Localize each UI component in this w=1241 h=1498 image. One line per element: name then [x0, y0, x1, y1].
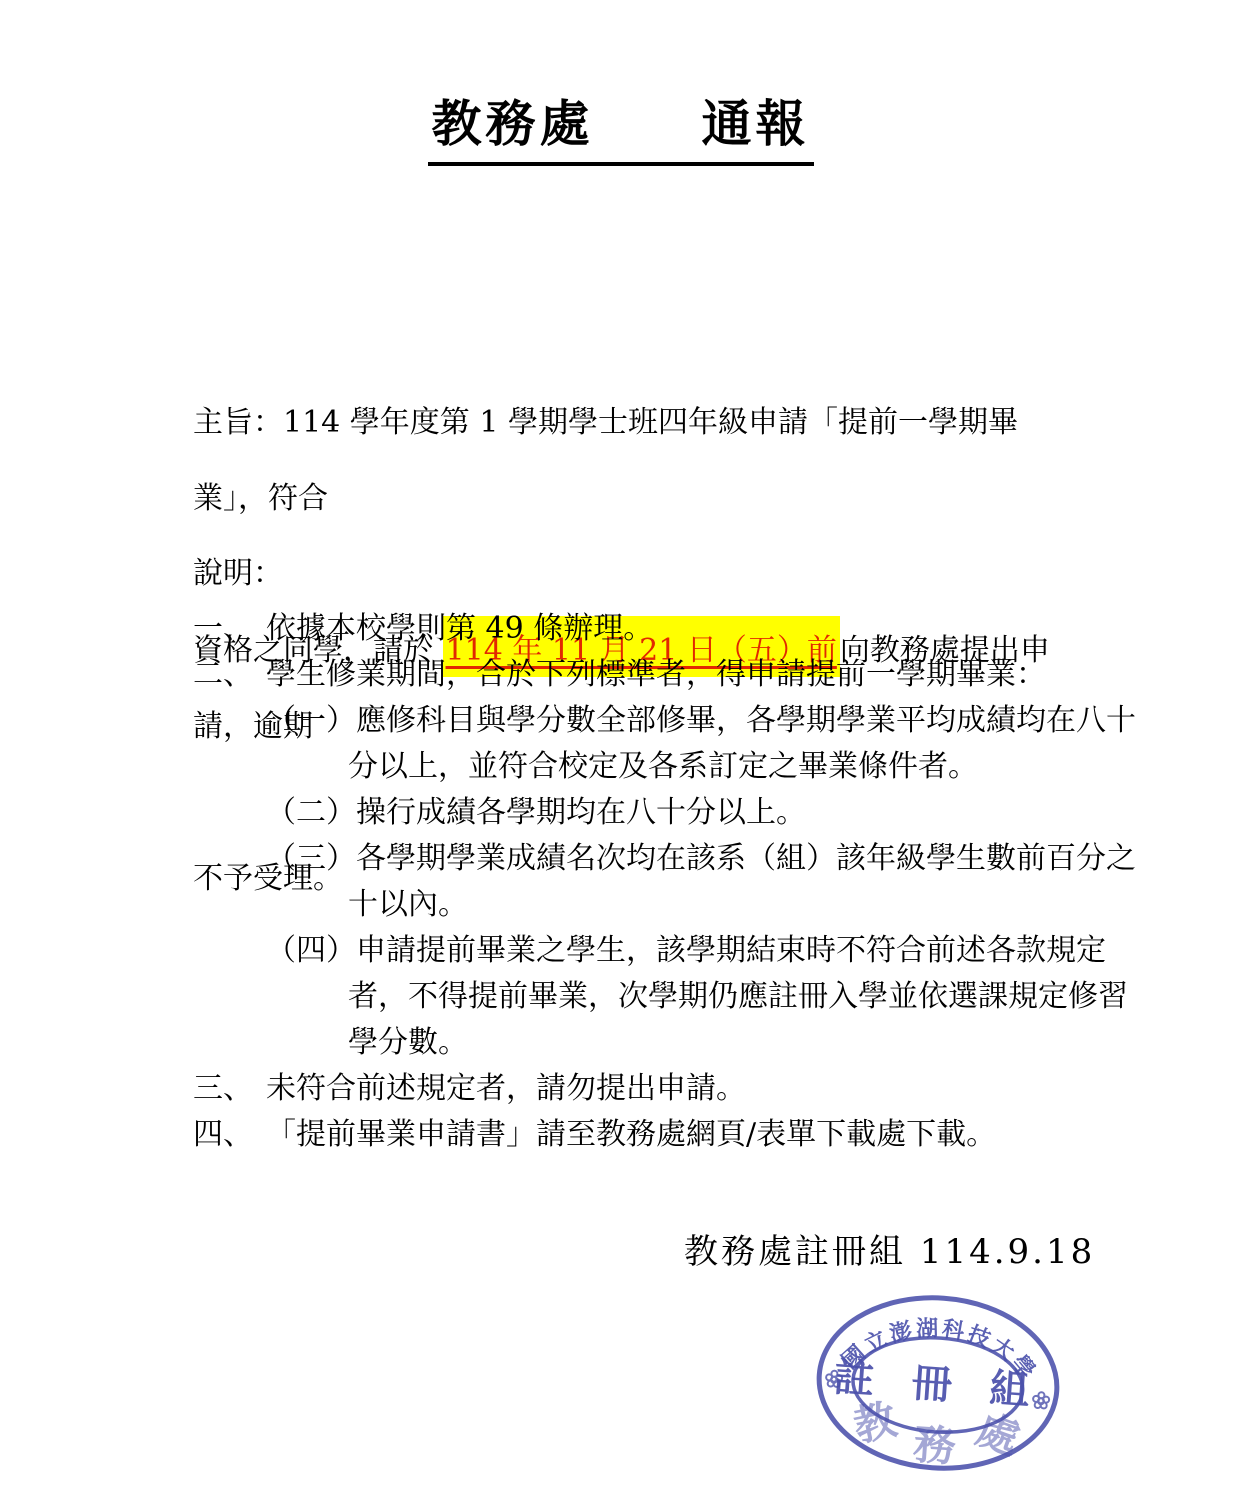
list-item: 四、「提前畢業申請書」請至教務處網頁/表單下載處下載。: [193, 1112, 1073, 1158]
list-item-label: 一、: [193, 606, 266, 652]
list-item: （三）各學期學業成績名次均在該系（組）該年級學生數前百分之: [193, 836, 1073, 882]
subject-line-1: 主旨：114 學年度第 1 學期學士班四年級申請「提前一學期畢業」，符合: [193, 385, 1063, 461]
list-item-text: 操行成績各學期均在八十分以上。: [356, 790, 806, 836]
list-item-text: 學生修業期間，合於下列標準者，得申請提前一學期畢業：: [266, 652, 1046, 698]
list-item-label: （二）: [266, 790, 356, 836]
list-item-text: 依據本校學則第 49 條辦理。: [266, 606, 653, 652]
list-item-label: 三、: [193, 1066, 266, 1112]
explanation-label: 說明：: [193, 548, 283, 592]
explanation-list: 一、依據本校學則第 49 條辦理。 二、學生修業期間，合於下列標準者，得申請提前…: [193, 606, 1073, 1158]
list-item-text: 分以上，並符合校定及各系訂定之畢業條件者。: [348, 744, 978, 790]
signature-line: 教務處註冊組 114.9.18: [684, 1224, 1095, 1273]
title-container: 教務處 通報: [0, 84, 1241, 166]
list-item-continuation: 學分數。: [193, 1020, 1073, 1066]
stamp-graphic: 國立澎湖科技大學 註 冊 組 教 務 處: [806, 1283, 1070, 1482]
list-item-text: 者，不得提前畢業，次學期仍應註冊入學並依選課規定修習: [348, 974, 1128, 1020]
list-item-text: 未符合前述規定者，請勿提出申請。: [266, 1066, 746, 1112]
list-item: 三、未符合前述規定者，請勿提出申請。: [193, 1066, 1073, 1112]
list-item: （二）操行成績各學期均在八十分以上。: [193, 790, 1073, 836]
list-item-text: 十以內。: [348, 882, 468, 928]
list-item-label: （四）: [266, 928, 356, 974]
list-item: 一、依據本校學則第 49 條辦理。: [193, 606, 1073, 652]
office-stamp: 國立澎湖科技大學 註 冊 組 教 務 處: [806, 1283, 1070, 1482]
list-item: 二、學生修業期間，合於下列標準者，得申請提前一學期畢業：: [193, 652, 1073, 698]
page-title: 教務處 通報: [428, 84, 814, 166]
list-item-label: （三）: [266, 836, 356, 882]
list-item-text: 申請提前畢業之學生，該學期結束時不符合前述各款規定: [356, 928, 1106, 974]
list-item-text: 應修科目與學分數全部修畢，各學期學業平均成績均在八十: [356, 698, 1136, 744]
list-item-label: （一）: [266, 698, 356, 744]
list-item-continuation: 分以上，並符合校定及各系訂定之畢業條件者。: [193, 744, 1073, 790]
list-item-label: 二、: [193, 652, 266, 698]
list-item: （一）應修科目與學分數全部修畢，各學期學業平均成績均在八十: [193, 698, 1073, 744]
list-item-continuation: 十以內。: [193, 882, 1073, 928]
notice-document-page: 教務處 通報 主旨：114 學年度第 1 學期學士班四年級申請「提前一學期畢業」…: [0, 0, 1241, 1498]
list-item-continuation: 者，不得提前畢業，次學期仍應註冊入學並依選課規定修習: [193, 974, 1073, 1020]
list-item-text: 各學期學業成績名次均在該系（組）該年級學生數前百分之: [356, 836, 1136, 882]
list-item-text: 學分數。: [348, 1020, 468, 1066]
stamp-bottom-char-2: 務: [911, 1419, 957, 1471]
list-item-text: 「提前畢業申請書」請至教務處網頁/表單下載處下載。: [266, 1112, 996, 1158]
list-item: （四）申請提前畢業之學生，該學期結束時不符合前述各款規定: [193, 928, 1073, 974]
list-item-label: 四、: [193, 1112, 266, 1158]
